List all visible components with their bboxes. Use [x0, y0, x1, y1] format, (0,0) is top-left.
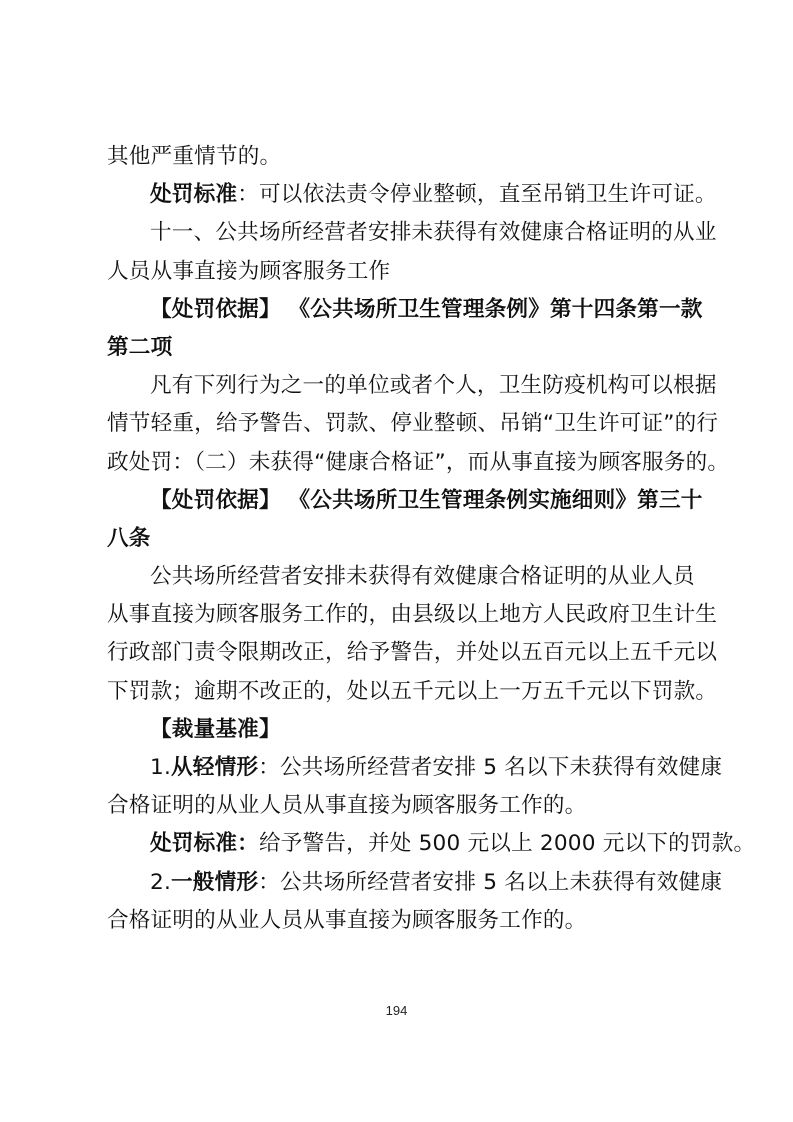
- section-heading-11: 十一、公共场所经营者安排未获得有效健康合格证明的从业: [107, 214, 693, 252]
- page-number: 194: [0, 1003, 793, 1018]
- line-text: 人员从事直接为顾客服务工作: [107, 259, 390, 284]
- mild-case-line: 1.从轻情形：公共场所经营者安排 5 名以下未获得有效健康: [107, 749, 693, 787]
- line-text: 八条: [107, 526, 151, 551]
- text-line: 合格证明的从业人员从事直接为顾客服务工作的。: [107, 787, 693, 825]
- line-text: 第二项: [107, 335, 172, 360]
- text-line: 其他严重情节的。: [107, 138, 693, 176]
- discretion-standard-heading: 【裁量基准】: [107, 711, 693, 749]
- legal-basis-heading-cont: 八条: [107, 520, 693, 558]
- line-text: ：可以依法责令停业整顿，直至吊销卫生许可证。: [237, 182, 716, 207]
- line-text: 凡有下列行为之一的单位或者个人，卫生防疫机构可以根据: [150, 373, 717, 398]
- legal-basis-heading: 【处罚依据】 《公共场所卫生管理条例实施细则》第三十: [107, 482, 693, 520]
- line-text: 下罚款；逾期不改正的，处以五千元以上一万五千元以下罚款。: [107, 679, 717, 704]
- line-text: ：公共场所经营者安排 5 名以上未获得有效健康: [258, 870, 722, 895]
- line-text: ：公共场所经营者安排 5 名以下未获得有效健康: [258, 755, 722, 780]
- label-bold: 一般情形: [171, 870, 258, 895]
- label-bold: 处罚标准：: [150, 831, 259, 856]
- line-text: 【处罚依据】 《公共场所卫生管理条例》第十四条第一款: [150, 297, 703, 322]
- text-line: 公共场所经营者安排未获得有效健康合格证明的从业人员: [107, 558, 693, 596]
- text-line: 情节轻重，给予警告、罚款、停业整顿、吊销“卫生许可证”的行: [107, 405, 693, 443]
- text-line: 人员从事直接为顾客服务工作: [107, 253, 693, 291]
- line-text: 【处罚依据】 《公共场所卫生管理条例实施细则》第三十: [150, 488, 703, 513]
- legal-basis-heading: 【处罚依据】 《公共场所卫生管理条例》第十四条第一款: [107, 291, 693, 329]
- label-bold: 从轻情形: [171, 755, 258, 780]
- penalty-standard-line: 处罚标准：可以依法责令停业整顿，直至吊销卫生许可证。: [107, 176, 693, 214]
- line-text: 其他严重情节的。: [107, 144, 281, 169]
- line-text: 从事直接为顾客服务工作的，由县级以上地方人民政府卫生计生: [107, 602, 717, 627]
- line-text: 十一、公共场所经营者安排未获得有效健康合格证明的从业: [150, 220, 717, 245]
- text-line: 合格证明的从业人员从事直接为顾客服务工作的。: [107, 902, 693, 940]
- legal-basis-heading-cont: 第二项: [107, 329, 693, 367]
- document-page: 其他严重情节的。 处罚标准：可以依法责令停业整顿，直至吊销卫生许可证。 十一、公…: [107, 138, 693, 940]
- line-text: 行政部门责令限期改正，给予警告，并处以五百元以上五千元以: [107, 640, 717, 665]
- item-number: 2.: [150, 870, 171, 895]
- general-case-line: 2.一般情形：公共场所经营者安排 5 名以上未获得有效健康: [107, 864, 693, 902]
- text-line: 行政部门责令限期改正，给予警告，并处以五百元以上五千元以: [107, 634, 693, 672]
- item-number: 1.: [150, 755, 171, 780]
- text-line: 凡有下列行为之一的单位或者个人，卫生防疫机构可以根据: [107, 367, 693, 405]
- line-text: 【裁量基准】: [150, 717, 281, 742]
- line-text: 给予警告，并处 500 元以上 2000 元以下的罚款。: [259, 831, 755, 856]
- line-text: 合格证明的从业人员从事直接为顾客服务工作的。: [107, 908, 586, 933]
- text-line: 从事直接为顾客服务工作的，由县级以上地方人民政府卫生计生: [107, 596, 693, 634]
- text-line: 政处罚：（二）未获得“健康合格证”，而从事直接为顾客服务的。: [107, 444, 693, 482]
- text-line: 下罚款；逾期不改正的，处以五千元以上一万五千元以下罚款。: [107, 673, 693, 711]
- line-text: 政处罚：（二）未获得“健康合格证”，而从事直接为顾客服务的。: [107, 450, 729, 475]
- line-text: 合格证明的从业人员从事直接为顾客服务工作的。: [107, 793, 586, 818]
- line-text: 情节轻重，给予警告、罚款、停业整顿、吊销“卫生许可证”的行: [107, 411, 718, 436]
- label-bold: 处罚标准: [150, 182, 237, 207]
- penalty-standard-line: 处罚标准：给予警告，并处 500 元以上 2000 元以下的罚款。: [107, 825, 693, 863]
- line-text: 公共场所经营者安排未获得有效健康合格证明的从业人员: [150, 564, 695, 589]
